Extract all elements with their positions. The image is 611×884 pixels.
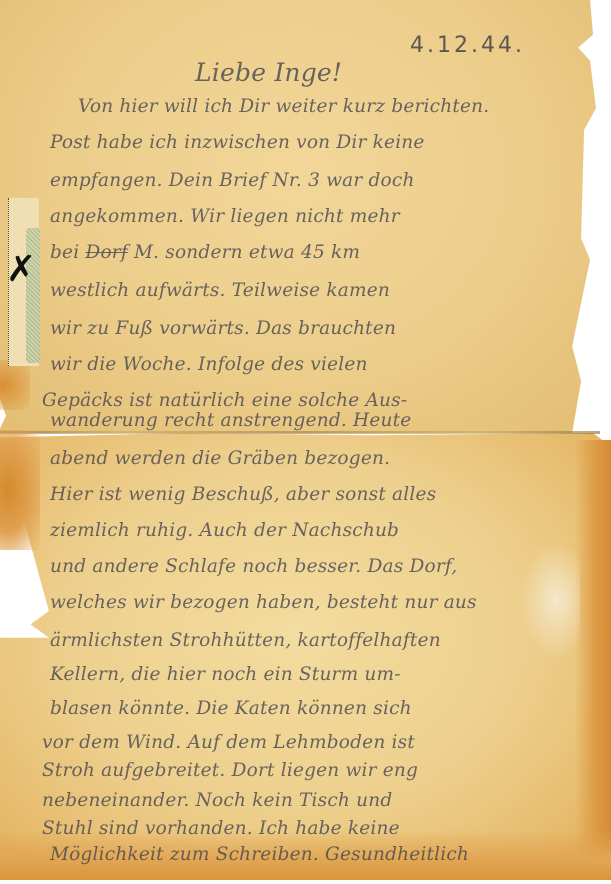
letter-line: Post habe ich inzwischen von Dir keine [50,132,425,153]
letter-line: empfangen. Dein Brief Nr. 3 war doch [50,170,415,191]
letter-date: 4.12.44. [410,33,525,58]
fold-tear-line [0,431,600,434]
water-stain-right [575,440,611,880]
struck-word: Dorf [85,242,127,263]
letter-line: ärmlichsten Strohhütten, kartoffelhaften [50,630,441,651]
letter-line: abend werden die Gräben bezogen. [50,448,390,469]
letter-line: wanderung recht anstrengend. Heute [50,410,411,431]
water-stain-left [0,430,40,550]
letter-salutation: Liebe Inge! [195,58,342,87]
letter-line-with-strike: bei Dorf M. sondern etwa 45 km [50,242,360,263]
letter-line: Stuhl sind vorhanden. Ich habe keine [42,818,400,839]
letter-line: Hier ist wenig Beschuß, aber sonst alles [50,484,436,505]
letter-line: und andere Schlafe noch besser. Das Dorf… [50,556,457,577]
letter-line: wir die Woche. Infolge des vielen [50,354,368,375]
letter-line: wir zu Fuß vorwärts. Das brauchten [50,318,396,339]
letter-line: nebeneinander. Noch kein Tisch und [42,790,392,811]
letter-line: blasen könnte. Die Katen können sich [50,698,412,719]
letter-line: vor dem Wind. Auf dem Lehmboden ist [42,732,415,753]
letter-line: Stroh aufgebreitet. Dort liegen wir eng [42,760,418,781]
letter-line-part: bei [50,242,79,263]
worn-patch-right [520,540,580,660]
letter-line: Von hier will ich Dir weiter kurz berich… [78,96,489,117]
letter-line: westlich aufwärts. Teilweise kamen [50,280,390,301]
margin-x-mark-icon: ✗ [6,240,46,300]
letter-line: Kellern, die hier noch ein Sturm um- [50,664,401,685]
letter-line-part: M. sondern etwa 45 km [134,242,360,263]
letter-line: welches wir bezogen haben, besteht nur a… [50,592,477,613]
letter-line: Möglichkeit zum Schreiben. Gesundheitlic… [50,844,469,865]
letter-line: ziemlich ruhig. Auch der Nachschub [50,520,399,541]
water-stain-left-upper [0,360,30,410]
letter-line: Gepäcks ist natürlich eine solche Aus- [42,390,407,411]
letter-line: angekommen. Wir liegen nicht mehr [50,206,400,227]
